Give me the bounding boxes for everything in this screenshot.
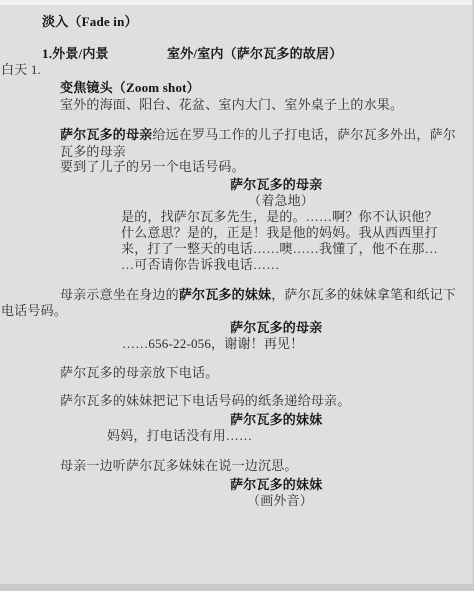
dialogue-line: ……656-22-056，谢谢！再见！ bbox=[122, 336, 303, 352]
shot-heading: 变焦镜头（Zoom shot） bbox=[60, 80, 200, 96]
dialogue-line: 什么意思？是的，正是！我是他的妈妈。我从西西里打 bbox=[121, 225, 438, 241]
character-cue: 萨尔瓦多的妹妹 bbox=[230, 477, 322, 493]
action-paragraph-line: 母亲示意坐在身边的萨尔瓦多的妹妹，萨尔瓦多的妹妹拿笔和纸记下 bbox=[60, 287, 456, 303]
scene-heading-location: 室外/室内（萨尔瓦多的故居） bbox=[167, 46, 342, 62]
action-paragraph-line: 瓦多的母亲 bbox=[60, 144, 126, 160]
script-page: 淡入（Fade in） 1.外景/内景 室外/室内（萨尔瓦多的故居） 白天 1.… bbox=[0, 0, 474, 591]
character-cue: 萨尔瓦多的妹妹 bbox=[230, 412, 322, 428]
action-text: 母亲示意坐在身边的 bbox=[60, 287, 179, 302]
page-top-edge bbox=[0, 0, 474, 5]
action-paragraph-line: 萨尔瓦多的妹妹把记下电话号码的纸条递给母亲。 bbox=[60, 393, 350, 409]
dialogue-line: 来，打了一整天的电话……噢……我懂了，他不在那… bbox=[121, 241, 438, 257]
shot-description: 室外的海面、阳台、花盆、室内大门、室外桌子上的水果。 bbox=[60, 97, 403, 113]
dialogue-line: 是的，找萨尔瓦多先生，是的。……啊？你不认识他？ bbox=[121, 209, 438, 225]
character-cue: 萨尔瓦多的母亲 bbox=[230, 320, 322, 336]
dialogue-line: …可否请你告诉我电话…… bbox=[121, 257, 279, 273]
character-cue: 萨尔瓦多的母亲 bbox=[230, 177, 322, 193]
parenthetical: （画外音） bbox=[247, 493, 313, 509]
scene-time-label: 白天 1. bbox=[1, 62, 41, 78]
action-paragraph-line: 萨尔瓦多的母亲放下电话。 bbox=[60, 365, 218, 381]
action-text: ，萨尔瓦多的妹妹拿笔和纸记下 bbox=[271, 287, 456, 302]
action-paragraph-line: 萨尔瓦多的母亲给远在罗马工作的儿子打电话，萨尔瓦多外出，萨尔 bbox=[60, 127, 456, 143]
scene-heading-number: 1.外景/内景 bbox=[42, 46, 109, 62]
action-text: 给远在罗马工作的儿子打电话，萨尔瓦多外出，萨尔 bbox=[152, 127, 456, 142]
transition-line: 淡入（Fade in） bbox=[42, 14, 138, 30]
page-bottom-edge bbox=[0, 584, 474, 591]
dialogue-line: 妈妈，打电话没有用…… bbox=[107, 428, 252, 444]
action-paragraph-line: 电话号码。 bbox=[1, 303, 67, 319]
character-name-inline: 萨尔瓦多的妹妹 bbox=[179, 287, 271, 302]
action-paragraph-line: 要到了儿子的另一个电话号码。 bbox=[60, 159, 245, 175]
parenthetical: （着急地） bbox=[248, 193, 314, 209]
action-paragraph-line: 母亲一边听萨尔瓦多妹妹在说一边沉思。 bbox=[60, 458, 298, 474]
character-name-inline: 萨尔瓦多的母亲 bbox=[60, 127, 152, 142]
